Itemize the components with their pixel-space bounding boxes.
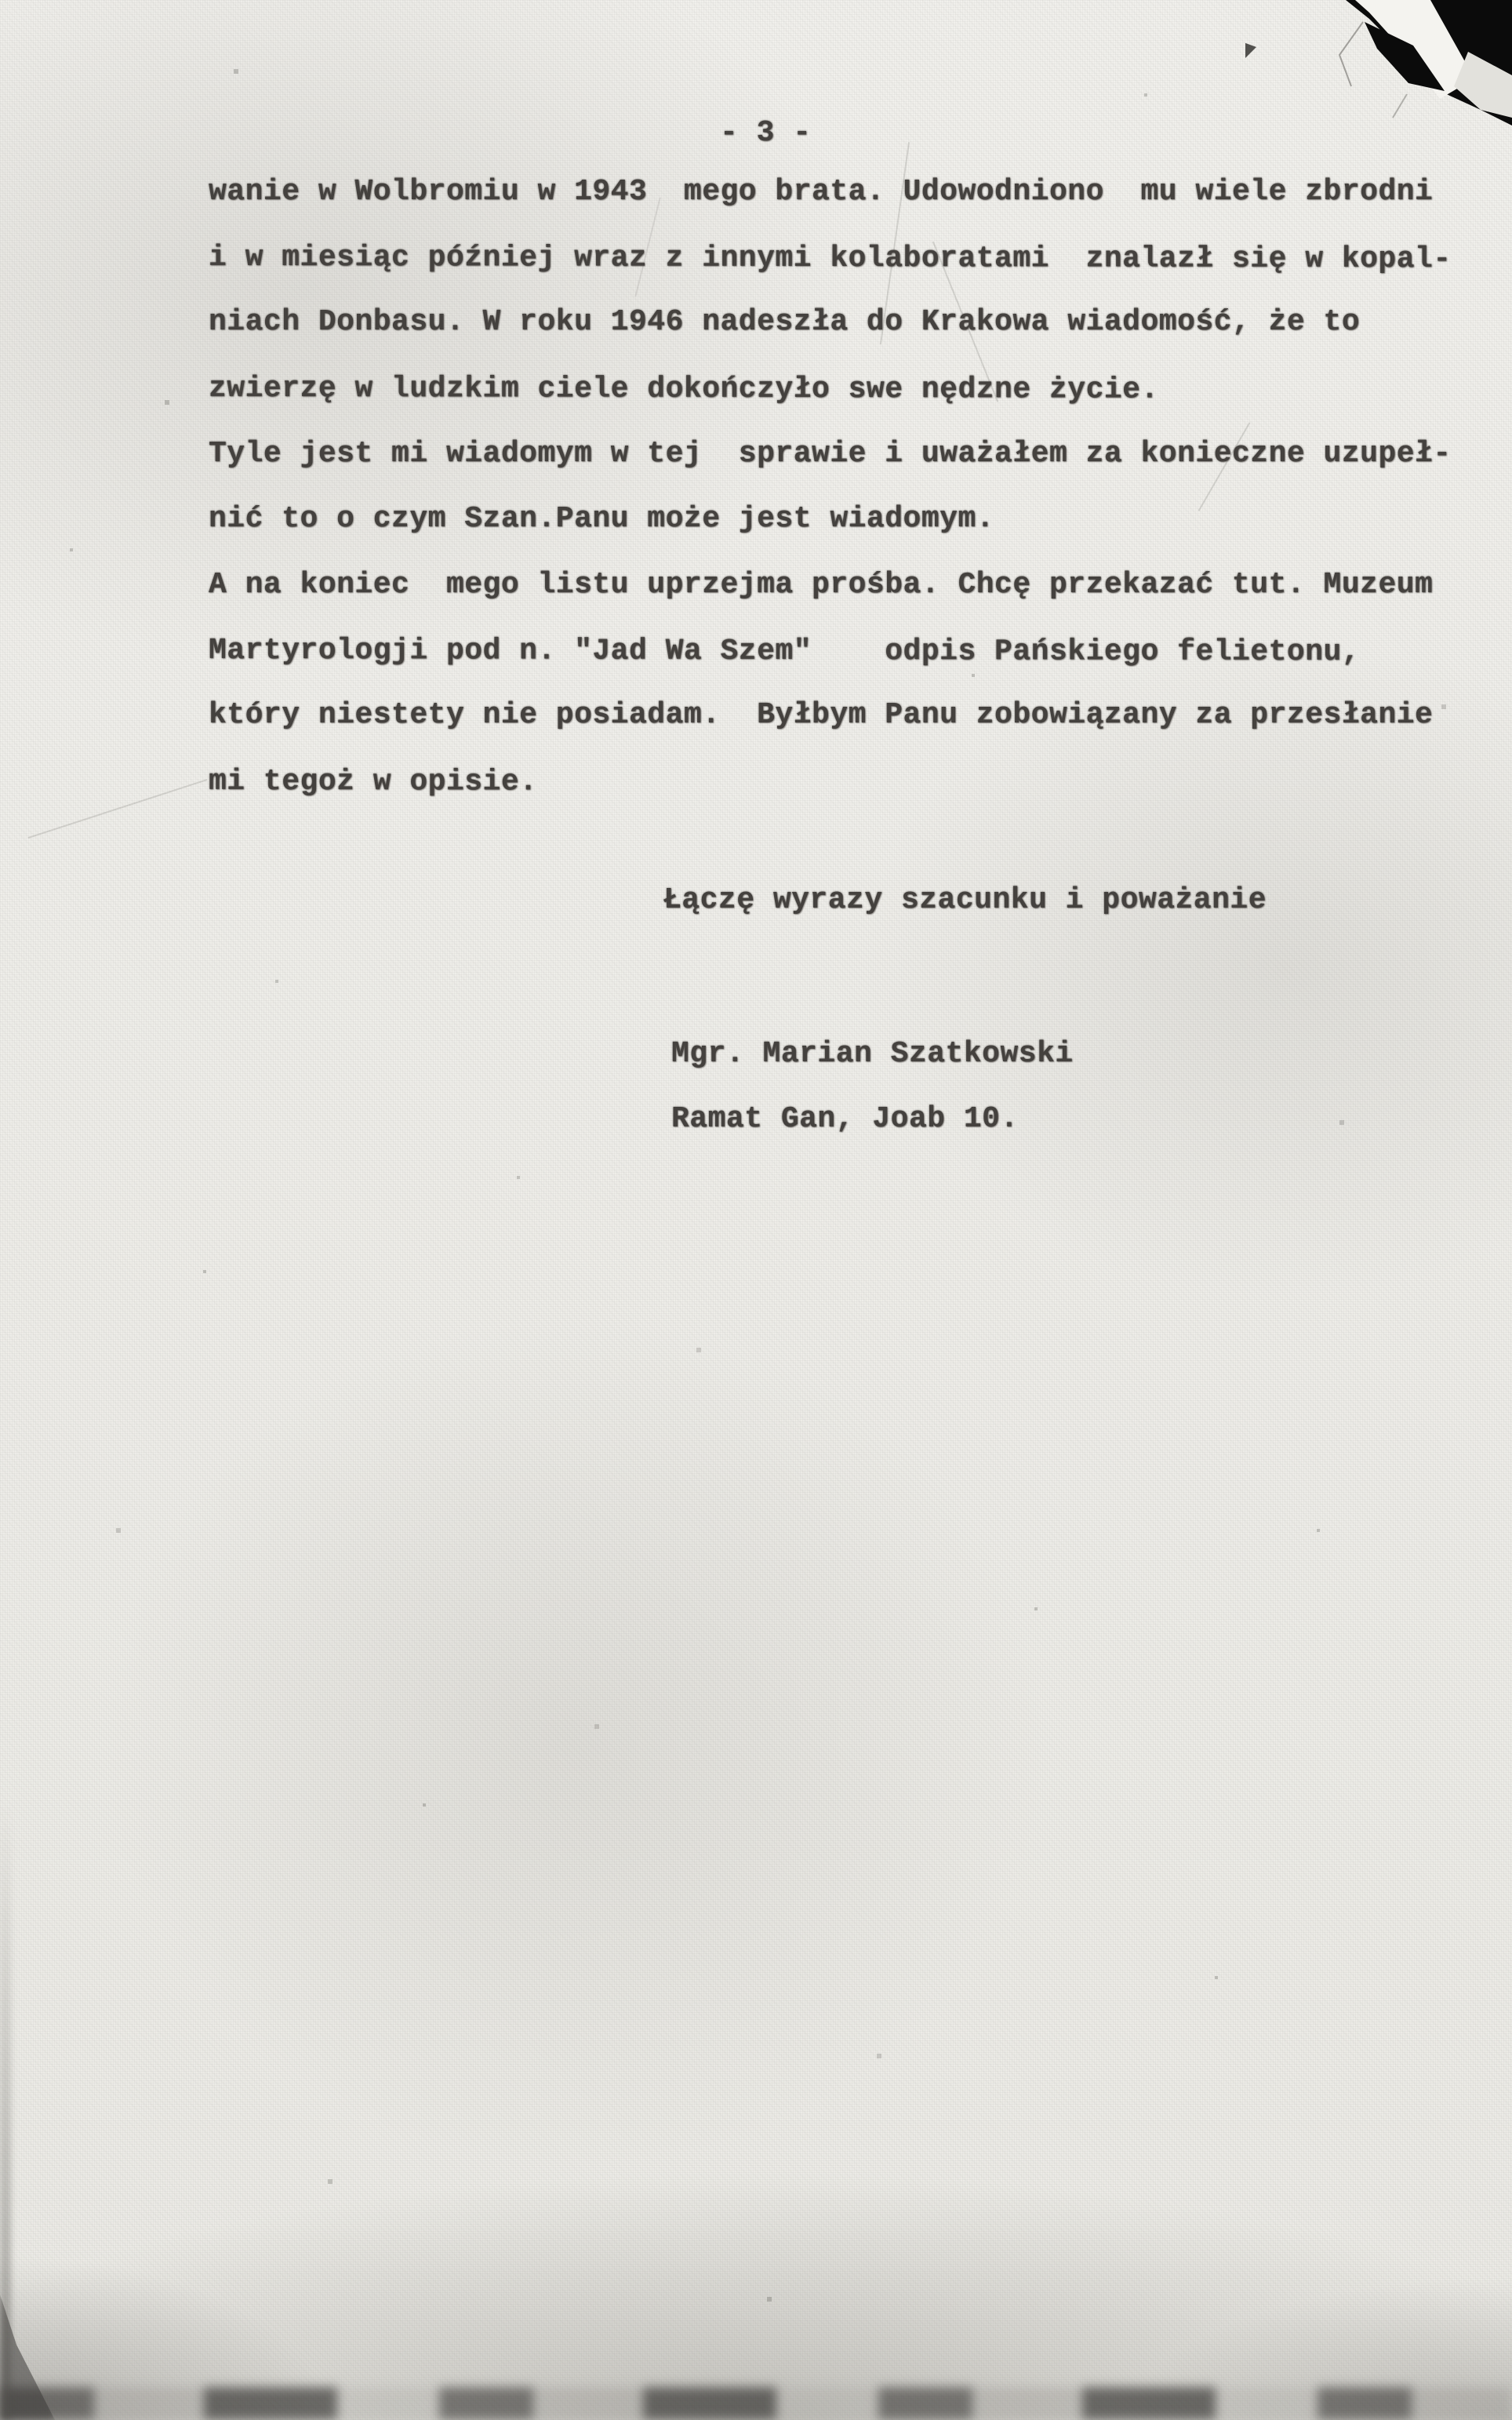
signature-block: Mgr. Marian Szatkowski Ramat Gan, Joab 1… <box>671 1021 1074 1152</box>
torn-corner <box>1245 0 1512 129</box>
signature-name: Mgr. Marian Szatkowski <box>671 1021 1074 1086</box>
letter-line: Martyrologji pod n. "Jad Wa Szem" odpis … <box>209 617 1452 685</box>
scan-speckles <box>0 0 2 2</box>
letter-line: który niestety nie posiadam. Byłbym Panu… <box>209 682 1452 748</box>
paper: - 3 - wanie w Wolbromiu w 1943 mego brat… <box>0 0 1512 2420</box>
closing-line: Łączę wyrazy szacunku i poważanie <box>663 885 1267 916</box>
letter-line: i w miesiąc później wraz z innymi kolabo… <box>209 224 1452 292</box>
letter-line: mi tegoż w opisie. <box>209 748 1452 816</box>
scan-left-edge-shadow <box>0 1804 11 2420</box>
letter-line: zwierzę w ludzkim ciele dokończyło swe n… <box>209 355 1452 423</box>
letter-line: wanie w Wolbromiu w 1943 mego brata. Udo… <box>209 159 1452 225</box>
letter-line: A na koniec mego listu uprzejma prośba. … <box>209 552 1452 618</box>
signature-address: Ramat Gan, Joab 10. <box>671 1086 1074 1152</box>
letter-line: Tyle jest mi wiadomym w tej sprawie i uw… <box>209 421 1452 487</box>
scan-bottom-edge <box>0 2387 1512 2420</box>
page-number: - 3 - <box>720 118 812 149</box>
paper-crease <box>28 779 208 839</box>
letter-line: niach Donbasu. W roku 1946 nadeszła do K… <box>209 289 1452 355</box>
letter-body: wanie w Wolbromiu w 1943 mego brata. Udo… <box>209 159 1452 814</box>
scanned-letter-page: - 3 - wanie w Wolbromiu w 1943 mego brat… <box>0 0 1512 2420</box>
letter-line: nić to o czym Szan.Panu może jest wiadom… <box>209 486 1452 552</box>
